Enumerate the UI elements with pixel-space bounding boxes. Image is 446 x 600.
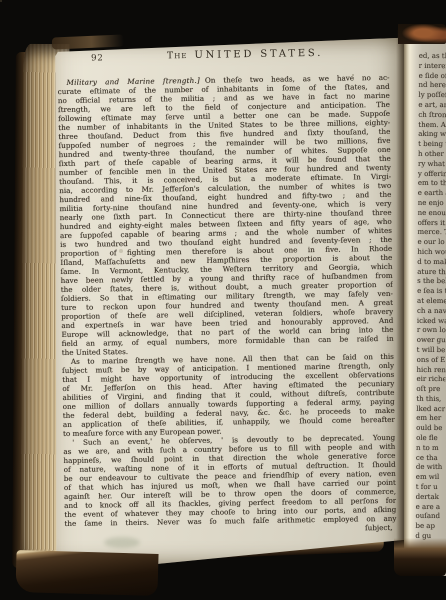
facing-page-line: e are a: [416, 503, 445, 513]
facing-page-line: be ap: [415, 522, 444, 532]
facing-page-line: em her: [416, 414, 445, 424]
facing-page-line: ouſand: [415, 512, 444, 522]
facing-page-line: y offering: [418, 169, 446, 179]
facing-page-line: t will be: [417, 346, 446, 356]
facing-page-line: ole fle: [416, 434, 445, 444]
facing-page-line: t being t: [418, 140, 446, 150]
facing-page-line: e earth a: [418, 189, 446, 199]
facing-page-line: s the bel: [417, 277, 446, 287]
facing-page-line: em to th: [418, 179, 446, 189]
binding-top-right: [398, 24, 446, 44]
facing-page-line: nd here, u: [419, 81, 446, 91]
facing-page-line: dertak: [416, 493, 445, 503]
facing-page-line: ed, as th: [419, 52, 446, 62]
facing-page-sliver: ed, as thr intereſt te ſide of and here,…: [404, 28, 446, 576]
facing-page-line: ce tha: [416, 454, 445, 464]
photo-background: 92 TheUNITED STATES. Military and Marine…: [0, 0, 446, 600]
body-paragraph-1: curate eſtimate of the number of inhabit…: [58, 82, 394, 357]
facing-page-line: hich wou: [417, 248, 446, 258]
paper-specks: [0, 0, 2, 2]
body-text: Military and Marine ſtrength.]On theſe t…: [57, 73, 396, 537]
facing-page-line: r own lo: [417, 326, 446, 336]
facing-page-line: ne enough: [418, 209, 446, 219]
facing-page-line: hich ren: [417, 365, 446, 375]
binding-top-left: [52, 34, 124, 49]
facing-page-line: t for u: [416, 483, 445, 493]
page-header: 92 TheUNITED STATES.: [57, 47, 389, 64]
facing-page-line: ly poſſeſs: [418, 91, 446, 101]
facing-page-line: at elemen: [417, 297, 446, 307]
facing-page-line: r intereſt t: [419, 62, 446, 72]
facing-page-line: e art, and: [418, 101, 446, 111]
binding-bottom-right: [394, 538, 446, 576]
facing-page-line: e our lo: [417, 238, 446, 248]
facing-page-line: lked acr: [416, 405, 445, 415]
running-title: TheUNITED STATES.: [57, 47, 389, 63]
body-paragraph-2: As to marine ſtrength we have none. All …: [62, 352, 395, 438]
facing-page-line: e ſea is t: [417, 287, 446, 297]
facing-page-line: merce. T: [417, 228, 446, 238]
book-page: 92 TheUNITED STATES. Military and Marine…: [50, 36, 406, 564]
facing-page-line: em wil: [416, 473, 445, 483]
body-paragraph-3: ' Such an event,' he obſerves, ' is devo…: [63, 433, 396, 528]
facing-page-line: ch a nav: [417, 307, 446, 317]
facing-page-line: ower gu: [417, 336, 446, 346]
facing-page-line: ould be: [416, 424, 445, 434]
facing-page-line: ry what: [418, 160, 446, 170]
facing-page-line: ature thro: [417, 267, 446, 277]
running-title-main: UNITED STATES.: [194, 48, 323, 61]
facing-page-line: d to mak: [417, 258, 446, 268]
binding-bottom-left: [15, 550, 158, 596]
facing-page-line: ne enjo: [418, 199, 446, 209]
page-content: 92 TheUNITED STATES. Military and Marine…: [57, 47, 397, 537]
faint-stamp-smudge: [104, 537, 140, 548]
facing-page-line: offers it.: [418, 218, 446, 228]
facing-page-line: aking war: [418, 130, 446, 140]
facing-page-line: icked wa: [417, 316, 446, 326]
facing-page-line: de with: [416, 463, 445, 473]
running-title-the: The: [167, 50, 188, 61]
facing-page-line: them. A: [418, 120, 446, 130]
facing-page-line: eir riche: [416, 375, 445, 385]
facing-page-line: oſt pre: [416, 385, 445, 395]
facing-page-line: th this,: [416, 395, 445, 405]
facing-page-line: n to m: [416, 444, 445, 454]
facing-page-text: ed, as thr intereſt te ſide of and here,…: [415, 52, 446, 562]
facing-page-line: ons of E: [417, 356, 446, 366]
facing-page-line: h other t: [418, 150, 446, 160]
facing-page-line: e ſide of a: [419, 71, 446, 81]
page-number: 92: [91, 53, 104, 63]
facing-page-line: ch ſtron: [418, 111, 446, 121]
